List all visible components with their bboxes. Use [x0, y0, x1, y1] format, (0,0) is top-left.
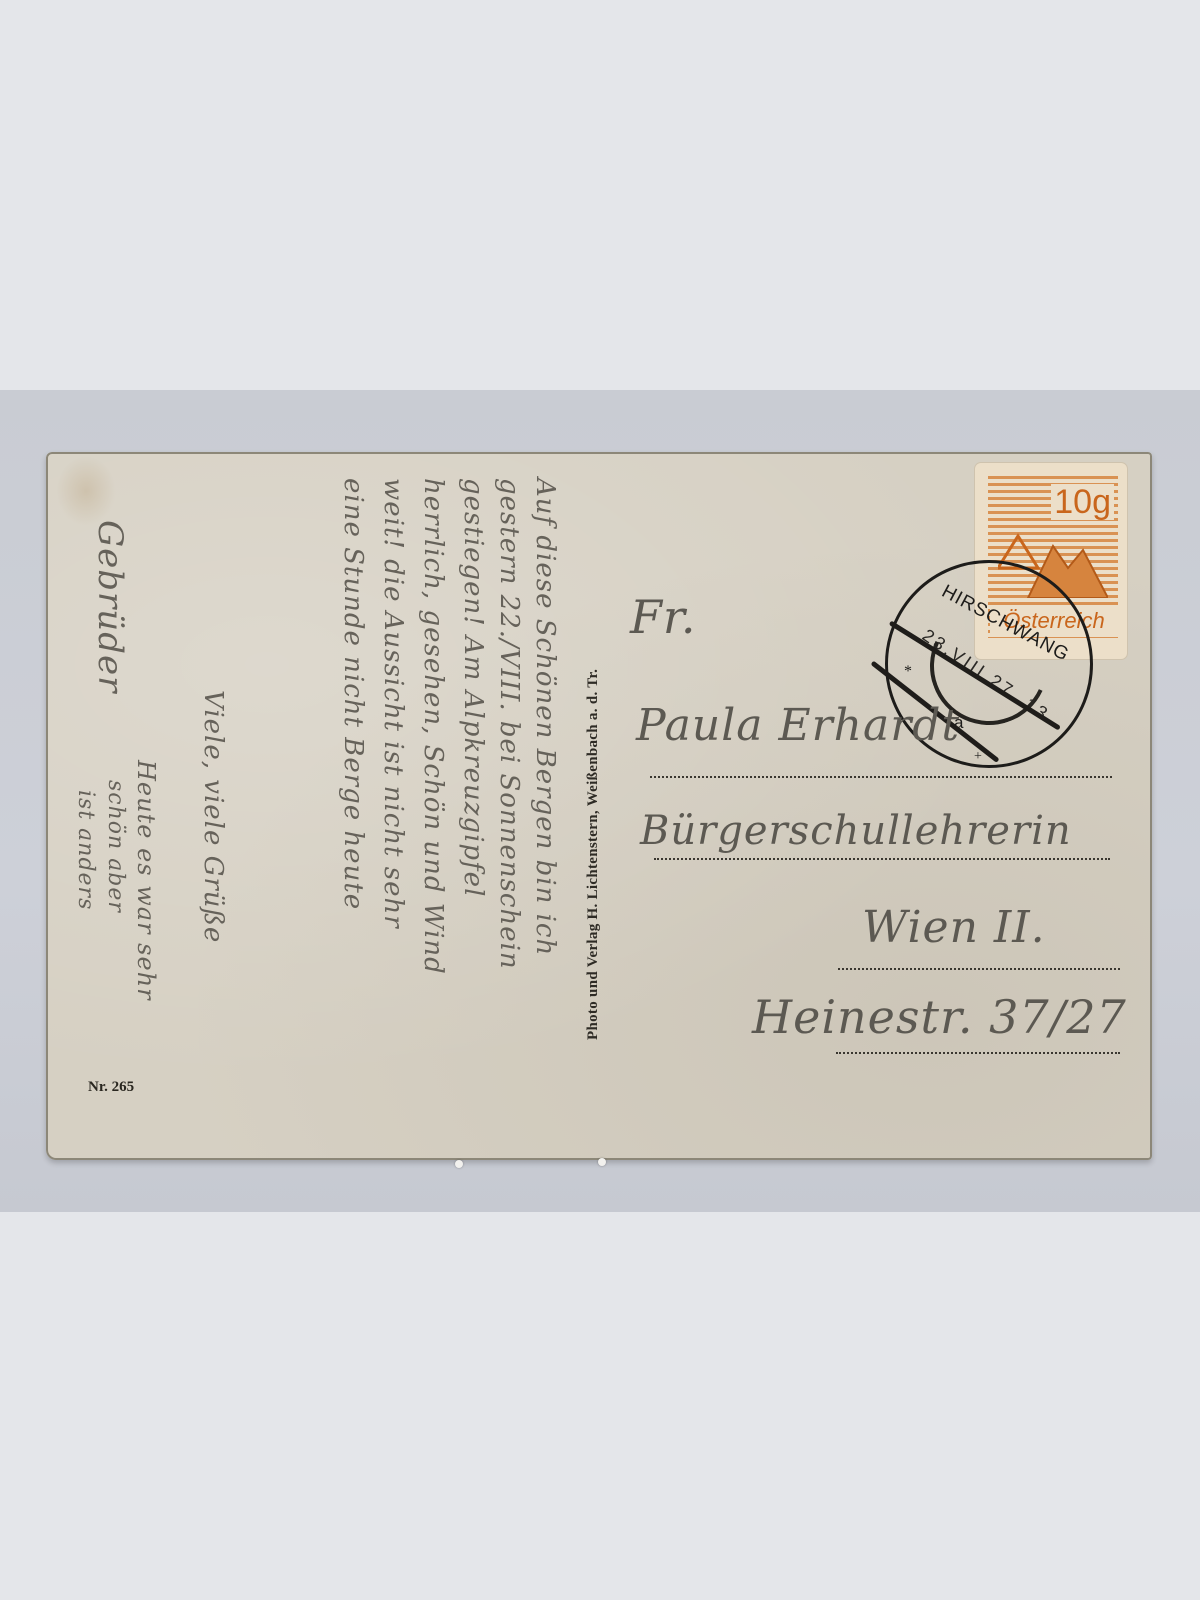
publisher-line: Photo und Verlag H. Lichtenstern, Weißen… — [585, 420, 607, 1040]
address-dotted-line — [650, 776, 1112, 778]
message-line: schön aber — [103, 780, 128, 913]
message-line: ist anders — [73, 790, 98, 910]
stain — [56, 456, 116, 526]
card-number: Nr. 265 — [88, 1079, 134, 1096]
address-line: Wien II. — [862, 902, 1046, 953]
address-dotted-line — [654, 858, 1110, 860]
mounting-pin — [598, 1158, 606, 1166]
address-dotted-line — [836, 1052, 1120, 1054]
address-line: Paula Erhardt — [636, 700, 960, 751]
message-signature: Gebrüder — [90, 520, 130, 693]
address-salutation: Fr. — [630, 590, 696, 644]
address-dotted-line — [838, 968, 1120, 970]
address-line: Bürgerschullehrerin — [640, 808, 1072, 854]
message-line: Viele, viele Grüße — [198, 690, 228, 943]
message-line: herrlich, gesehen, Schön und Wind — [418, 478, 448, 975]
message-line: Auf diese Schönen Bergen bin ich — [530, 478, 560, 956]
message-line: weit! die Aussicht ist nicht sehr — [378, 478, 408, 929]
address-line: Heinestr. 37/27 — [752, 990, 1127, 1044]
mounting-pin — [455, 1160, 463, 1168]
star-icon: * — [904, 663, 912, 681]
message-line: Heute es war sehr — [132, 760, 160, 1001]
stamp-denomination: 10g — [1051, 484, 1114, 520]
message-line: gestiegen! Am Alpkreuzgipfel — [458, 478, 488, 897]
message-line: eine Stunde nicht Berge heute — [338, 478, 368, 910]
message-line: gestern 22./VIII. bei Sonnenschein — [494, 478, 524, 970]
